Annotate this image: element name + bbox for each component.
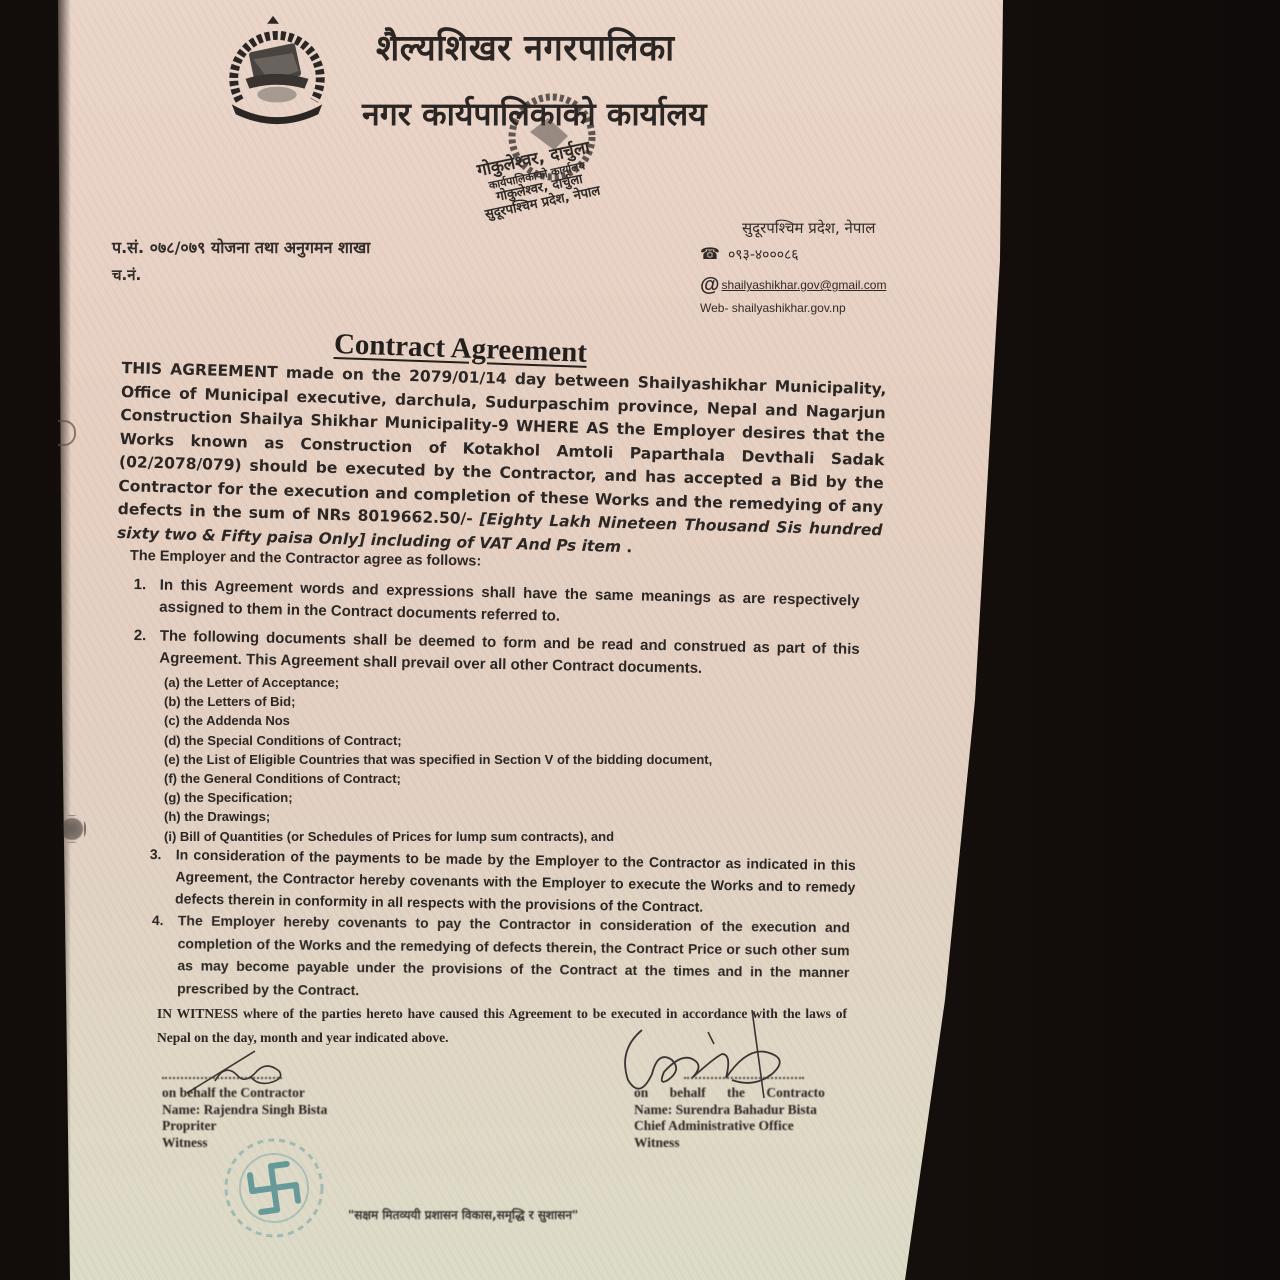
witness-label: Witness bbox=[634, 1135, 825, 1152]
list-item: (b) the Letters of Bid; bbox=[164, 692, 712, 711]
behalf-label: on behalf the Contractor bbox=[162, 1085, 327, 1102]
behalf-label: on behalf the Contracto bbox=[634, 1085, 825, 1102]
footer-slogan: "सक्षम मितव्ययी प्रशासन विकास,समृद्धि र … bbox=[348, 1206, 578, 1223]
email-row: @shailyashikhar.gov@gmail.com bbox=[700, 274, 886, 297]
signature-line bbox=[684, 1077, 804, 1079]
agreement-preamble: THIS AGREEMENT made on the 2079/01/14 da… bbox=[117, 357, 887, 566]
punch-hole-icon bbox=[58, 420, 76, 446]
signatory-role: Chief Administrative Office bbox=[634, 1118, 825, 1135]
signatory-name: Name: Rajendra Singh Bista bbox=[162, 1102, 327, 1119]
preamble-text: THIS AGREEMENT made on the 2079/01/14 da… bbox=[118, 359, 887, 528]
document-content: शैल्यशिखर नगरपालिका नगर कार्यपालिकाको का… bbox=[0, 0, 1280, 1280]
dispatch-number: च.नं. bbox=[112, 265, 141, 285]
at-icon: @ bbox=[700, 274, 720, 297]
reference-number: प.सं. ०७८/०७९ योजना तथा अनुगमन शाखा bbox=[112, 236, 370, 258]
list-item: (f) the General Conditions of Contract; bbox=[164, 769, 712, 788]
list-item: (i) Bill of Quantities (or Schedules of … bbox=[164, 827, 712, 846]
province-address: सुदूरपश्चिम प्रदेश, नेपाल bbox=[742, 218, 875, 238]
telephone-icon: ☎ bbox=[700, 244, 718, 263]
signatory-role: Propriter bbox=[162, 1118, 327, 1135]
phone-row: ☎०९३-४०००८६ bbox=[700, 244, 799, 264]
email-link[interactable]: shailyashikhar.gov@gmail.com bbox=[722, 278, 887, 292]
office-name: शैल्यशिखर नगरपालिका bbox=[376, 22, 675, 71]
clause-1: 1. In this Agreement words and expressio… bbox=[134, 574, 874, 591]
website-link[interactable]: Web- shailyashikhar.gov.np bbox=[700, 301, 846, 315]
contract-documents-list: (a) the Letter of Acceptance; (b) the Le… bbox=[164, 673, 712, 846]
list-item: (c) the Addenda Nos bbox=[164, 711, 712, 730]
list-item: (h) the Drawings; bbox=[164, 807, 712, 826]
employer-signature-block: on behalf the Contracto Name: Surendra B… bbox=[634, 1085, 825, 1151]
swastika-seal-icon bbox=[212, 1136, 337, 1241]
government-emblem-icon bbox=[218, 10, 336, 128]
signature-line bbox=[162, 1077, 282, 1079]
punch-hole-icon bbox=[64, 815, 86, 843]
list-item: (g) the Specification; bbox=[164, 788, 712, 807]
phone-number: ०९३-४०००८६ bbox=[728, 247, 799, 263]
witness-clause: IN WITNESS where of the parties hereto h… bbox=[157, 1002, 847, 1050]
list-item: (a) the Letter of Acceptance; bbox=[164, 673, 712, 692]
signatory-name: Name: Surendra Bahadur Bista bbox=[634, 1102, 825, 1119]
list-item: (e) the List of Eligible Countries that … bbox=[164, 750, 712, 769]
list-item: (d) the Special Conditions of Contract; bbox=[164, 731, 712, 750]
